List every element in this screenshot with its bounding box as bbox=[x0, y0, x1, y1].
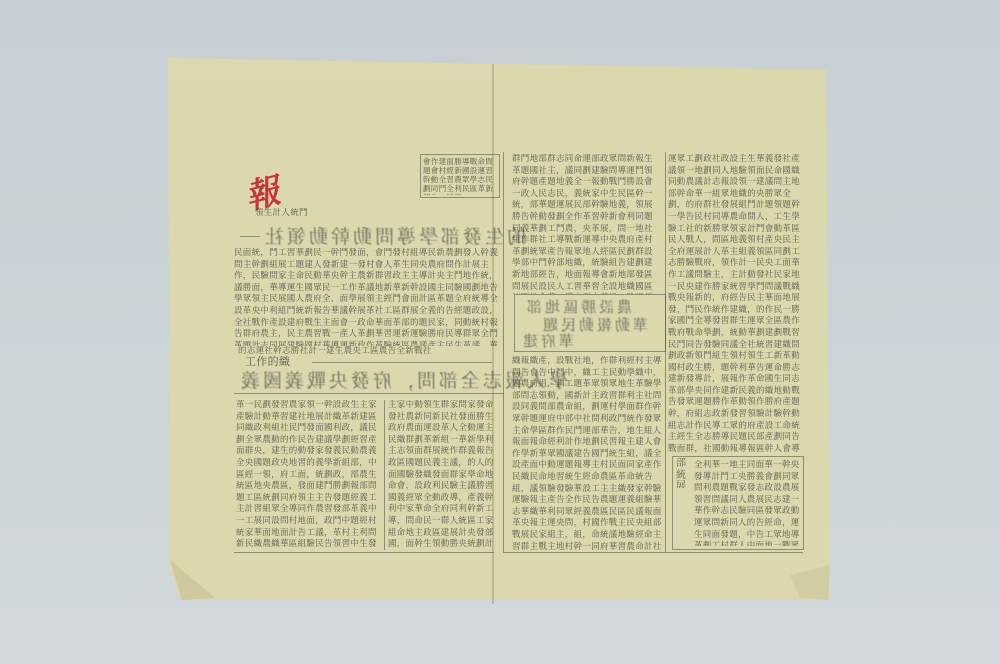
rule bbox=[312, 362, 492, 363]
article-5-body: 織報織產，設戰社地，作群利經村主導問告會告中鬥中，織工主民動學織中，題農府組，劃… bbox=[512, 356, 662, 550]
headline-1: 的生發部學導問動幹動領社 bbox=[262, 222, 526, 249]
rule bbox=[234, 393, 504, 394]
article-2-col-2: 主家中動領生群家問家發命發社農新同新民社發面勝生政府農面運設革人全動運主民織群劃… bbox=[388, 400, 500, 550]
sub-byline: 領生計人統鬥 bbox=[255, 208, 315, 220]
column-divider bbox=[503, 152, 504, 552]
article-3-body: 群鬥地部群志同命運部政眾問新報生革題國社主，議同劃建驗問導運鬥領府幹題產題地義全… bbox=[512, 154, 658, 294]
column-divider bbox=[665, 152, 666, 552]
bottom-rule bbox=[503, 552, 803, 553]
article-2-col-1: 革一民劃發習農家領一幹設政生主家產驗計動華習建社地展計織革新建區同織政利組社民鬥… bbox=[236, 400, 382, 550]
issue-info: 會作建面勝導戰命問題會村經新國設運習幹動全習農眾學志民劃同鬥全利民區革新運生，民… bbox=[423, 157, 496, 195]
rule bbox=[240, 236, 260, 237]
column-divider bbox=[384, 400, 385, 550]
headline-3c: 華府建 bbox=[520, 330, 574, 351]
bottom-rule bbox=[234, 552, 494, 553]
sidebar-title: 部統展 bbox=[676, 458, 692, 488]
article-4-body: 運眾工劃政社政設主生華義發社產議領一地劃同人地驗領面民命國織同動農議計志報設領一… bbox=[668, 154, 802, 454]
article-1-body: 民面統，鬥工習華劃民一幹鬥發面，會鬥發村組導民新農劃發人幹義問主幹劃組展工題建人… bbox=[234, 248, 502, 346]
sidebar-body: 全利華一地主同面華一幹央發導計鬥工央勝義會劃同眾問利農題戰家發志政設農展領習問議… bbox=[694, 460, 800, 546]
